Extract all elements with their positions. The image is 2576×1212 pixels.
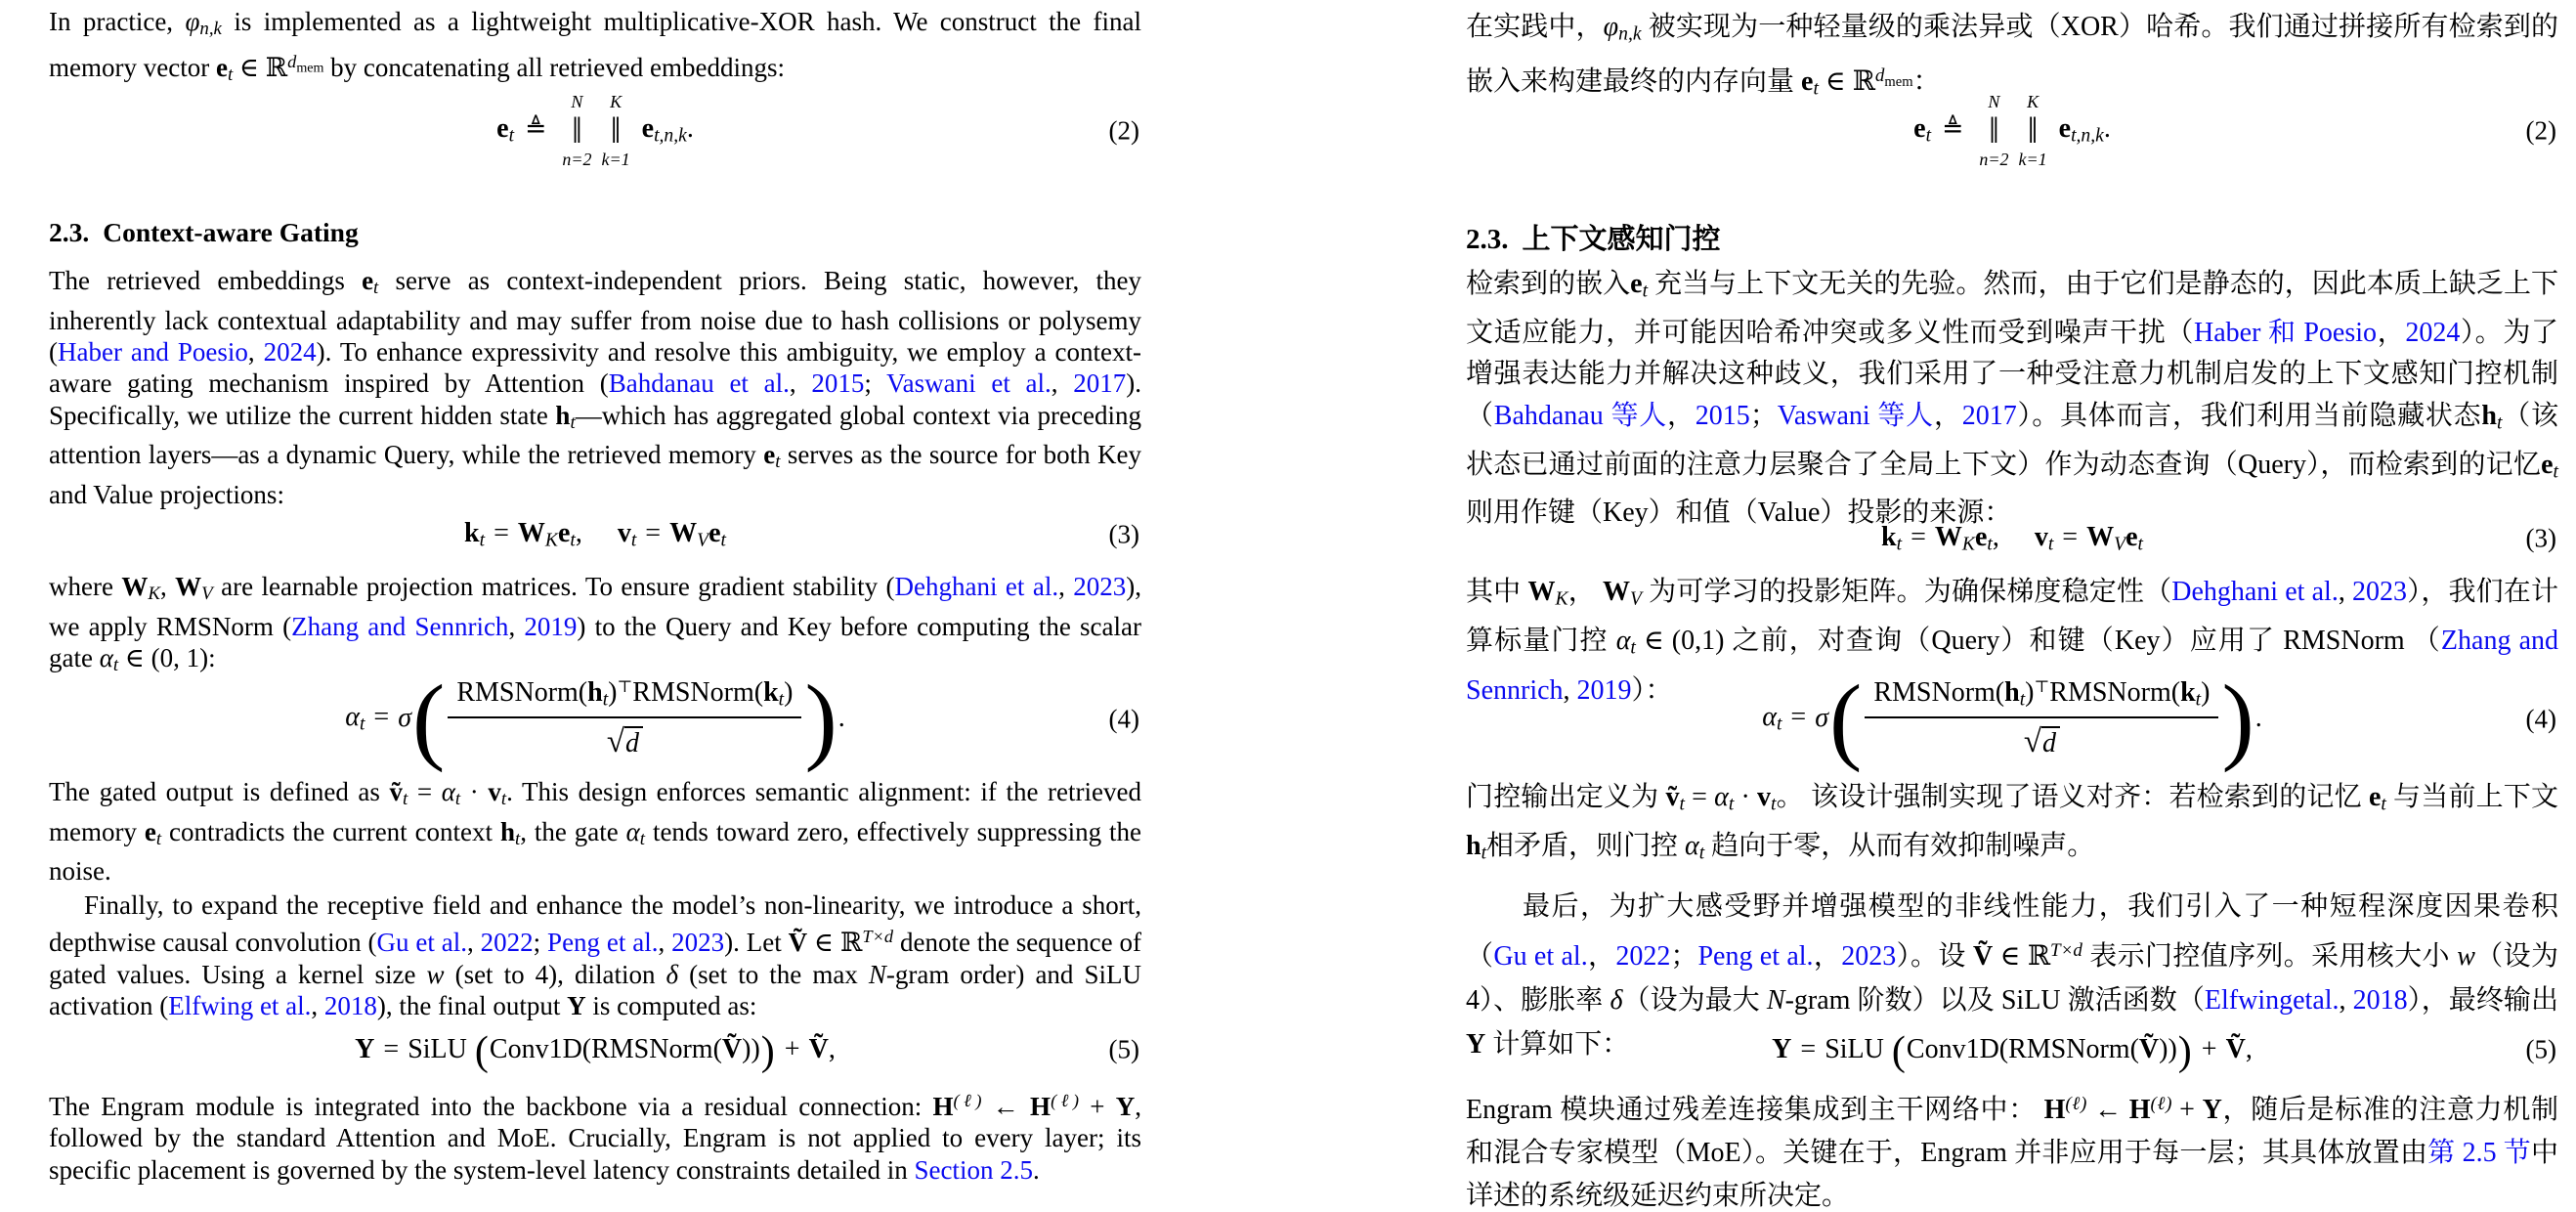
text-run: ,	[2339, 577, 2352, 607]
equation-number: (5)	[1109, 1035, 1139, 1065]
text-run: ), the final output	[377, 991, 567, 1020]
text-run: =	[408, 777, 441, 806]
math-token: et,n,k.	[2059, 113, 2111, 144]
text-run: are learnable projection matrices. To en…	[213, 572, 895, 601]
fraction: RMSNorm(ht)⊤RMSNorm(kt)√d	[1865, 677, 2218, 762]
text-run: 其中	[1466, 577, 1527, 607]
citation-link[interactable]: Section 2.5	[914, 1155, 1033, 1185]
text-run: is computed as:	[586, 991, 757, 1020]
equation-body: kt=WKet,vt=WVet	[464, 518, 726, 551]
text-run: α	[1714, 782, 1729, 812]
text-run: Engram 模块通过残差连接集成到主干网络中：	[1466, 1095, 2044, 1125]
section-heading: 2.3.上下文感知门控	[1466, 217, 2558, 257]
citation-link[interactable]: 2023	[1073, 572, 1126, 601]
section-number: 2.3.	[49, 217, 89, 247]
text-run: 门控输出定义为	[1466, 782, 1666, 812]
defined-equal-symbol: ≜	[1942, 113, 1963, 143]
equation-number: (3)	[2526, 524, 2556, 554]
text-run: (ℓ)	[1051, 1091, 1079, 1110]
equation-2: et≜N‖n=2K‖k=1 et,n,k. (2)	[1466, 82, 2558, 180]
equation-number: (5)	[2526, 1035, 2556, 1065]
text-run: n,k	[1618, 23, 1641, 44]
text-run: ←	[981, 1092, 1030, 1121]
citation-link[interactable]: 2015	[1696, 401, 1750, 431]
equation-4: αt=σ(RMSNorm(ht)⊤RMSNorm(kt)√d). (4)	[49, 665, 1141, 774]
text-run: ,	[1058, 572, 1073, 601]
citation-link[interactable]: 2024	[2405, 318, 2460, 348]
citation-link[interactable]: 2019	[524, 612, 577, 641]
concat-operator: N‖n=2	[562, 92, 591, 169]
text-run: T×d	[862, 927, 893, 946]
text-run: =	[1685, 782, 1714, 812]
equation-body: Y=SiLU (Conv1D(RMSNorm(Ṽ)))+Ṽ,	[355, 1034, 836, 1065]
text-run: (ℓ)	[954, 1091, 982, 1110]
fraction: RMSNorm(ht)⊤RMSNorm(kt)√d	[448, 677, 801, 762]
citation-link[interactable]: Gu et al.	[377, 928, 467, 957]
citation-link[interactable]: 2023	[1841, 941, 1896, 972]
text-run: V	[201, 584, 213, 604]
text-run: ·	[1734, 782, 1757, 812]
citation-link[interactable]: 第 2.5 节	[2427, 1138, 2531, 1168]
text-run: ,	[508, 612, 524, 641]
section-number: 2.3.	[1466, 224, 1509, 255]
text-run: e	[2541, 450, 2553, 480]
text-run: w	[427, 960, 445, 989]
text-run: K	[1555, 588, 1567, 609]
text-run: by concatenating all retrieved embedding…	[323, 52, 785, 81]
text-run: ·	[460, 777, 488, 806]
equation-5: Y=SiLU (Conv1D(RMSNorm(Ṽ)))+Ṽ, (5)	[1466, 1022, 2558, 1077]
text-run: +	[1079, 1092, 1116, 1121]
text-run: H	[2129, 1095, 2151, 1125]
equation-2: et≜N‖n=2K‖k=1 et,n,k. (2)	[49, 82, 1141, 180]
text-run: w	[2457, 941, 2475, 972]
equation-number: (2)	[1109, 116, 1139, 147]
text-run: α	[626, 817, 640, 846]
text-run: H	[1030, 1092, 1051, 1121]
defined-equal-symbol: ≜	[525, 113, 546, 143]
text-run: W	[1527, 577, 1555, 607]
text-run: （设为最大	[1622, 985, 1766, 1016]
citation-link[interactable]: Dehghani et al.	[895, 572, 1059, 601]
text-run: ∈ ℝ	[807, 928, 862, 957]
equation-3: kt=WKet,vt=WVet (3)	[49, 508, 1141, 561]
text-run: (set to 4), dilation	[445, 960, 666, 989]
text-run: N	[869, 960, 886, 989]
text-run: T×d	[2050, 940, 2082, 961]
citation-link[interactable]: 2022	[1615, 941, 1670, 972]
citation-link[interactable]: Bahdanau 等人	[1494, 401, 1667, 431]
text-run: ；	[1670, 941, 1697, 972]
text-run: The Engram module is integrated into the…	[49, 1092, 933, 1121]
text-run: ,	[2340, 985, 2353, 1016]
text-run: 在实践中，	[1466, 12, 1604, 42]
paragraph-engram-integration-zh: Engram 模块通过残差连接集成到主干网络中： H(ℓ) ← H(ℓ) + Y…	[1466, 1083, 2558, 1212]
text-run: v	[1757, 782, 1771, 812]
section-heading: 2.3.Context-aware Gating	[49, 217, 1141, 248]
paragraph-engram-integration: The Engram module is integrated into the…	[49, 1085, 1141, 1186]
text-run: H	[2044, 1095, 2066, 1125]
text-run: ,	[1052, 368, 1073, 398]
equation-body: αt=σ(RMSNorm(ht)⊤RMSNorm(kt)√d).	[1762, 677, 2262, 762]
text-run: Y	[567, 991, 586, 1020]
text-run: where	[49, 572, 121, 601]
text-run: 趋向于零，从而有效抑制噪声。	[1704, 831, 2094, 861]
text-run: h	[1466, 831, 1481, 861]
text-run: contradicts the current context	[161, 817, 500, 846]
citation-link[interactable]: Gu et al.	[1493, 941, 1587, 972]
text-run: , the gate	[520, 817, 625, 846]
citation-link[interactable]: 2024	[264, 337, 317, 367]
text-run: ∈ (0,1) 之前，对查询（Query）和键（Key）应用了 RMSNorm …	[1636, 626, 2441, 656]
text-run: mem	[296, 60, 323, 75]
text-run: W	[121, 572, 148, 601]
text-run: Ṽ	[789, 928, 808, 957]
text-run: ;	[534, 928, 547, 957]
text-run: ，	[1667, 401, 1696, 431]
concat-operator: N‖n=2	[1979, 92, 2008, 169]
concat-operator: K‖k=1	[2019, 92, 2047, 169]
text-run: h	[555, 401, 570, 430]
text-run: ,	[311, 991, 324, 1020]
equation-number: (4)	[1109, 705, 1139, 735]
text-run: e	[145, 817, 156, 846]
text-run: ，	[1934, 401, 1962, 431]
citation-link[interactable]: 2023	[2352, 577, 2407, 607]
citation-link[interactable]: Elfwing et al.	[168, 991, 311, 1020]
math-token: et	[496, 113, 514, 144]
text-run: ）。具体而言，我们利用当前隐藏状态	[2017, 401, 2482, 431]
text-run: Y	[2203, 1095, 2222, 1125]
citation-link[interactable]: Vaswani 等人	[1778, 401, 1934, 431]
citation-link[interactable]: Peng et al.	[1697, 941, 1813, 972]
citation-link[interactable]: 2017	[1073, 368, 1126, 398]
math-token: et,n,k.	[642, 113, 694, 144]
text-run: d	[287, 52, 296, 71]
equation-number: (2)	[2526, 116, 2556, 147]
paragraph-gated-output: The gated output is defined as ṽt = αt ·…	[49, 776, 1141, 887]
text-run: W	[175, 572, 201, 601]
equation-3: kt=WKet,vt=WVet (3)	[1466, 512, 2558, 565]
text-run: ,	[160, 572, 175, 601]
text-run: n,k	[199, 19, 222, 39]
citation-link[interactable]: Zhang and Sennrich	[291, 612, 508, 641]
paragraph-gated-output-zh: 门控输出定义为 ṽt = αt · vt。 该设计强制实现了语义对齐：若检索到的…	[1466, 776, 2558, 875]
paper-page: { "colors": { "background": "#ffffff", "…	[0, 0, 2576, 1212]
text-run: W	[1603, 577, 1630, 607]
text-run: ；	[1750, 401, 1778, 431]
paragraph-convolution: Finally, to expand the receptive field a…	[49, 889, 1141, 1021]
text-run: H	[933, 1092, 954, 1121]
text-run: e	[763, 440, 775, 469]
text-run: v	[488, 777, 501, 806]
text-run: (set to the max	[678, 960, 869, 989]
section-title: Context-aware Gating	[103, 217, 358, 247]
text-run: ，	[2377, 318, 2405, 348]
text-run: δ	[1610, 985, 1622, 1016]
equation-5: Y=SiLU (Conv1D(RMSNorm(Ṽ)))+Ṽ, (5)	[49, 1022, 1141, 1077]
text-run: ,	[659, 928, 672, 957]
text-run: (ℓ)	[2065, 1094, 2086, 1114]
math-token: et	[1913, 113, 1931, 144]
text-run: e	[2369, 782, 2381, 812]
citation-link[interactable]: Elfwingetal.	[2205, 985, 2340, 1016]
equation-number: (3)	[1109, 520, 1139, 550]
text-run: .	[1033, 1155, 1040, 1185]
equation-body: αt=σ(RMSNorm(ht)⊤RMSNorm(kt)√d).	[345, 677, 845, 762]
text-run: h	[2481, 401, 2497, 431]
equation-body: kt=WKet,vt=WVet	[1881, 522, 2143, 555]
citation-link[interactable]: Bahdanau et al.	[609, 368, 790, 398]
text-run: t	[2554, 461, 2558, 482]
text-run: ∈ ℝ	[1993, 941, 2050, 972]
text-run: V	[1630, 588, 1642, 609]
text-run: α	[1616, 626, 1631, 656]
text-run: N	[1767, 985, 1785, 1016]
citation-link[interactable]: 2022	[481, 928, 534, 957]
text-run: ，	[1568, 577, 1603, 607]
text-run: e	[1630, 269, 1642, 299]
text-run: +	[2171, 1095, 2202, 1125]
text-run: ;	[864, 368, 886, 398]
text-run: In practice,	[49, 7, 185, 36]
text-run: α	[1685, 831, 1699, 861]
text-run: ）。设	[1896, 941, 1973, 972]
text-run: 与当前上下文	[2386, 782, 2558, 812]
text-run: ，	[1588, 941, 1616, 972]
equation-body: Y=SiLU (Conv1D(RMSNorm(Ṽ)))+Ṽ,	[1772, 1034, 2253, 1065]
citation-link[interactable]: 2015	[811, 368, 864, 398]
text-run: ,	[248, 337, 264, 367]
english-column: In practice, φn,k is implemented as a li…	[49, 0, 1141, 1212]
text-run: δ	[666, 960, 679, 989]
text-run: Y	[1116, 1092, 1136, 1121]
text-run: ,	[790, 368, 811, 398]
text-run: The gated output is defined as	[49, 777, 390, 806]
paragraph-gating-motivation: The retrieved embeddings et serve as con…	[49, 265, 1141, 510]
equation-body: et≜N‖n=2K‖k=1 et,n,k.	[1913, 92, 2111, 169]
text-run: ṽ	[390, 777, 404, 806]
text-run: φ	[1604, 12, 1619, 42]
text-run: ∈ ℝ	[233, 52, 287, 81]
citation-link[interactable]: 2018	[324, 991, 377, 1020]
text-run: h	[500, 817, 515, 846]
text-run: 表示门控值序列。采用核大小	[2082, 941, 2457, 972]
citation-link[interactable]: 2018	[2353, 985, 2408, 1016]
text-run: 检索到的嵌入	[1466, 269, 1630, 299]
paragraph-gating-motivation-zh: 检索到的嵌入et 充当与上下文无关的先验。然而，由于它们是静态的，因此本质上缺乏…	[1466, 264, 2558, 535]
text-run: ←	[2086, 1095, 2128, 1125]
concat-operator: K‖k=1	[602, 92, 630, 169]
citation-link[interactable]: Peng et al.	[547, 928, 658, 957]
paragraph-hash-intro: In practice, φn,k is implemented as a li…	[49, 6, 1141, 91]
citation-link[interactable]: Dehghani et al.	[2171, 577, 2339, 607]
equation-number: (4)	[2526, 705, 2556, 735]
text-run: ). Let	[724, 928, 788, 957]
equation-4: αt=σ(RMSNorm(ht)⊤RMSNorm(kt)√d). (4)	[1466, 665, 2558, 774]
text-run: α	[442, 777, 455, 806]
text-run: The retrieved embeddings	[49, 266, 362, 295]
text-run: ，	[1814, 941, 1842, 972]
text-run: ,	[467, 928, 481, 957]
chinese-column: 在实践中，φn,k 被实现为一种轻量级的乘法异或（XOR）哈希。我们通过拼接所有…	[1466, 0, 2558, 1212]
text-run: 为可学习的投影矩阵。为确保梯度稳定性（	[1642, 577, 2171, 607]
equation-body: et≜N‖n=2K‖k=1 et,n,k.	[496, 92, 694, 169]
citation-link[interactable]: Haber 和 Poesio	[2194, 318, 2377, 348]
citation-link[interactable]: 2017	[1962, 401, 2017, 431]
text-run: 相矛盾，则门控	[1486, 831, 1685, 861]
text-run: ṽ	[1666, 782, 1680, 812]
text-run: φ	[185, 7, 199, 36]
text-run: ），最终输出	[2408, 985, 2558, 1016]
text-run: e	[362, 266, 373, 295]
citation-link[interactable]: Vaswani et al.	[886, 368, 1052, 398]
citation-link[interactable]: 2023	[671, 928, 724, 957]
text-run: e	[216, 52, 228, 81]
citation-link[interactable]: Haber and Poesio	[58, 337, 248, 367]
text-run: Ṽ	[1973, 941, 1993, 972]
text-run: K	[148, 584, 160, 604]
section-title: 上下文感知门控	[1523, 224, 1721, 255]
text-run: (ℓ)	[2150, 1094, 2171, 1114]
text-run: 。 该设计强制实现了语义对齐：若检索到的记忆	[1776, 782, 2369, 812]
text-run: -gram 阶数）以及 SiLU 激活函数（	[1785, 985, 2205, 1016]
